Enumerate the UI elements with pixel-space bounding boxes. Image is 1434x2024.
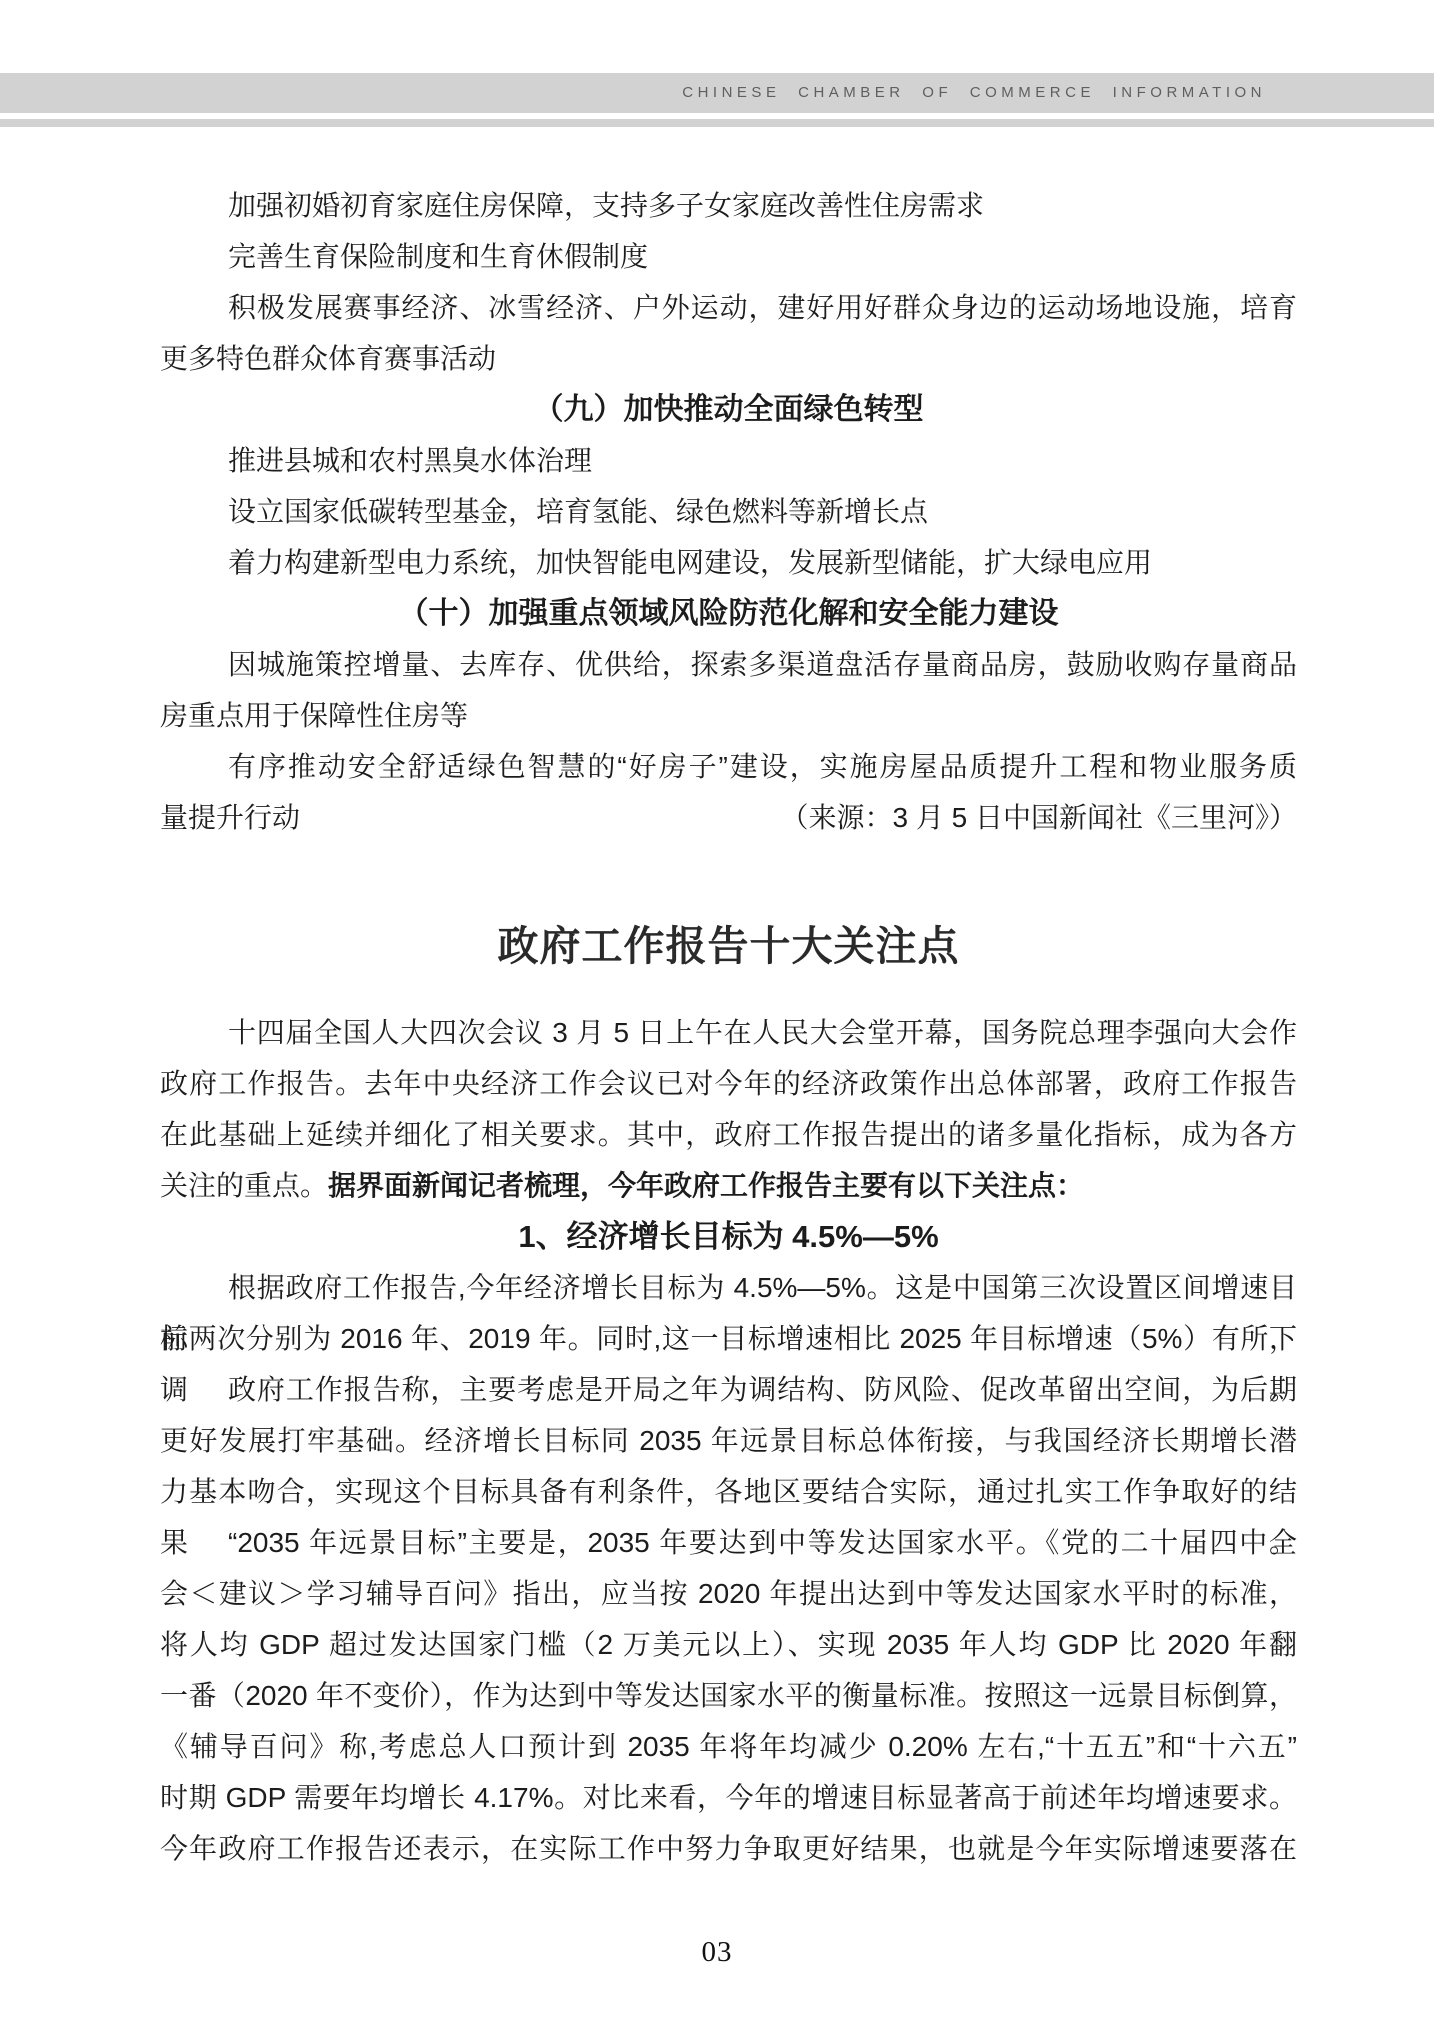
article-body-block: 十四届全国人大四次会议 3 月 5 日上午在人民大会堂开幕，国务院总理李强向大会… [160,1007,1297,1874]
text-line: 更多特色群众体育赛事活动 [160,333,1297,384]
text-line: 时期 GDP 需要年均增长 4.17%。对比来看，今年的增速目标显著高于前述年均… [160,1772,1297,1823]
text-segment: “2035 年远景目标”主要是，2035 年要达到中等发达国家水平。《党的二十届… [228,1527,1297,1558]
text-line: 一番（2020 年不变价），作为达到中等发达国家水平的衡量标准。按照这一远景目标… [160,1670,1297,1721]
header-accent-bar [0,119,1434,127]
policy-highlights-block: 加强初婚初育家庭住房保障，支持多子女家庭改善性住房需求完善生育保险制度和生育休假… [160,180,1297,843]
text-segment: 在此基础上延续并细化了相关要求。其中，政府工作报告提出的诸多量化指标，成为各方 [160,1119,1297,1150]
text-line: 十四届全国人大四次会议 3 月 5 日上午在人民大会堂开幕，国务院总理李强向大会… [160,1007,1297,1058]
text-line: 着力构建新型电力系统，加快智能电网建设，发展新型储能，扩大绿电应用 [160,537,1297,588]
text-line: 设立国家低碳转型基金，培育氢能、绿色燃料等新增长点 [160,486,1297,537]
text-segment: 更好发展打牢基础。经济增长目标同 2035 年远景目标总体衔接，与我国经济长期增… [160,1425,1297,1456]
text-segment: 时期 GDP 需要年均增长 4.17%。对比来看，今年的增速目标显著高于前述年均… [160,1782,1297,1813]
line-left-text: 量提升行动 [160,792,300,843]
section-heading: （十）加强重点领域风险防范化解和安全能力建设 [160,588,1297,639]
text-line: 会＜建议＞学习辅导百问》指出，应当按 2020 年提出达到中等发达国家水平时的标… [160,1568,1297,1619]
text-segment: 加强初婚初育家庭住房保障，支持多子女家庭改善性住房需求 [228,190,984,221]
text-segment: 一番（2020 年不变价），作为达到中等发达国家水平的衡量标准。按照这一远景目标… [160,1680,1297,1711]
text-segment: 完善生育保险制度和生育休假制度 [228,241,648,272]
sub-heading: 1、经济增长目标为 4.5%—5% [160,1211,1297,1262]
text-line: 《辅导百问》称,考虑总人口预计到 2035 年将年均减少 0.20% 左右,“十… [160,1721,1297,1772]
text-segment: 会＜建议＞学习辅导百问》指出，应当按 2020 年提出达到中等发达国家水平时的标… [160,1578,1297,1609]
text-line: 完善生育保险制度和生育休假制度 [160,231,1297,282]
text-segment: 着力构建新型电力系统，加快智能电网建设，发展新型储能，扩大绿电应用 [228,547,1152,578]
text-segment: 推进县城和农村黑臭水体治理 [228,445,592,476]
text-segment: 积极发展赛事经济、冰雪经济、户外运动，建好用好群众身边的运动场地设施，培育 [228,292,1297,323]
page-content: 加强初婚初育家庭住房保障，支持多子女家庭改善性住房需求完善生育保险制度和生育休假… [160,180,1297,1874]
bold-text-segment: 1、经济增长目标为 4.5%—5% [518,1219,938,1254]
text-line: 根据政府工作报告,今年经济增长目标为 4.5%—5%。这是中国第三次设置区间增速… [160,1262,1297,1313]
text-line: 因城施策控增量、去库存、优供给，探索多渠道盘活存量商品房，鼓励收购存量商品 [160,639,1297,690]
text-segment: 关注的重点。 [160,1170,328,1201]
bold-text-segment: （九）加快推动全面绿色转型 [534,393,924,426]
text-line: 政府工作报告。去年中央经济工作会议已对今年的经济政策作出总体部署，政府工作报告 [160,1058,1297,1109]
text-segment: 《辅导百问》称,考虑总人口预计到 2035 年将年均减少 0.20% 左右,“十… [160,1731,1297,1762]
text-line: 关注的重点。据界面新闻记者梳理，今年政府工作报告主要有以下关注点： [160,1160,1297,1211]
source-attribution: （来源：3 月 5 日中国新闻社《三里河》） [781,792,1298,843]
text-line: 政府工作报告称，主要考虑是开局之年为调结构、防风险、促改革留出空间，为后期 [160,1364,1297,1415]
section-heading: （九）加快推动全面绿色转型 [160,384,1297,435]
text-line: 推进县城和农村黑臭水体治理 [160,435,1297,486]
text-line: 有序推动安全舒适绿色智慧的“好房子”建设，实施房屋品质提升工程和物业服务质 [160,741,1297,792]
text-line: 在此基础上延续并细化了相关要求。其中，政府工作报告提出的诸多量化指标，成为各方 [160,1109,1297,1160]
text-segment: 设立国家低碳转型基金，培育氢能、绿色燃料等新增长点 [228,496,928,527]
text-line: 积极发展赛事经济、冰雪经济、户外运动，建好用好群众身边的运动场地设施，培育 [160,282,1297,333]
text-segment: 因城施策控增量、去库存、优供给，探索多渠道盘活存量商品房，鼓励收购存量商品 [228,649,1297,680]
text-line: 加强初婚初育家庭住房保障，支持多子女家庭改善性住房需求 [160,180,1297,231]
text-line: 力基本吻合，实现这个目标具备有利条件，各地区要结合实际，通过扎实工作争取好的结果… [160,1466,1297,1517]
text-segment: 房重点用于保障性住房等 [160,700,468,731]
text-line-with-source: 量提升行动（来源：3 月 5 日中国新闻社《三里河》） [160,792,1297,843]
text-line: “2035 年远景目标”主要是，2035 年要达到中等发达国家水平。《党的二十届… [160,1517,1297,1568]
bold-text-segment: 据界面新闻记者梳理，今年政府工作报告主要有以下关注点： [328,1170,1084,1201]
text-line: 更好发展打牢基础。经济增长目标同 2035 年远景目标总体衔接，与我国经济长期增… [160,1415,1297,1466]
text-line: 今年政府工作报告还表示，在实际工作中努力争取更好结果，也就是今年实际增速要落在 [160,1823,1297,1874]
text-segment: 将人均 GDP 超过发达国家门槛（2 万美元以上）、实现 2035 年人均 GD… [160,1629,1297,1660]
text-line: 将人均 GDP 超过发达国家门槛（2 万美元以上）、实现 2035 年人均 GD… [160,1619,1297,1670]
text-segment: 十四届全国人大四次会议 3 月 5 日上午在人民大会堂开幕，国务院总理李强向大会… [228,1017,1297,1048]
bold-text-segment: （十）加强重点领域风险防范化解和安全能力建设 [399,597,1059,630]
page-number: 03 [0,1936,1434,1969]
text-segment: 更多特色群众体育赛事活动 [160,343,496,374]
text-segment: 政府工作报告。去年中央经济工作会议已对今年的经济政策作出总体部署，政府工作报告 [160,1068,1297,1099]
text-line: 前两次分别为 2016 年、2019 年。同时,这一目标增速相比 2025 年目… [160,1313,1297,1364]
text-segment: 今年政府工作报告还表示，在实际工作中努力争取更好结果，也就是今年实际增速要落在 [160,1833,1297,1864]
text-segment: 有序推动安全舒适绿色智慧的“好房子”建设，实施房屋品质提升工程和物业服务质 [228,751,1297,782]
article-title: 政府工作报告十大关注点 [160,918,1297,974]
text-line: 房重点用于保障性住房等 [160,690,1297,741]
text-segment: 政府工作报告称，主要考虑是开局之年为调结构、防风险、促改革留出空间，为后期 [228,1374,1297,1405]
header-banner-title: CHINESE CHAMBER OF COMMERCE INFORMATION [0,73,1434,113]
